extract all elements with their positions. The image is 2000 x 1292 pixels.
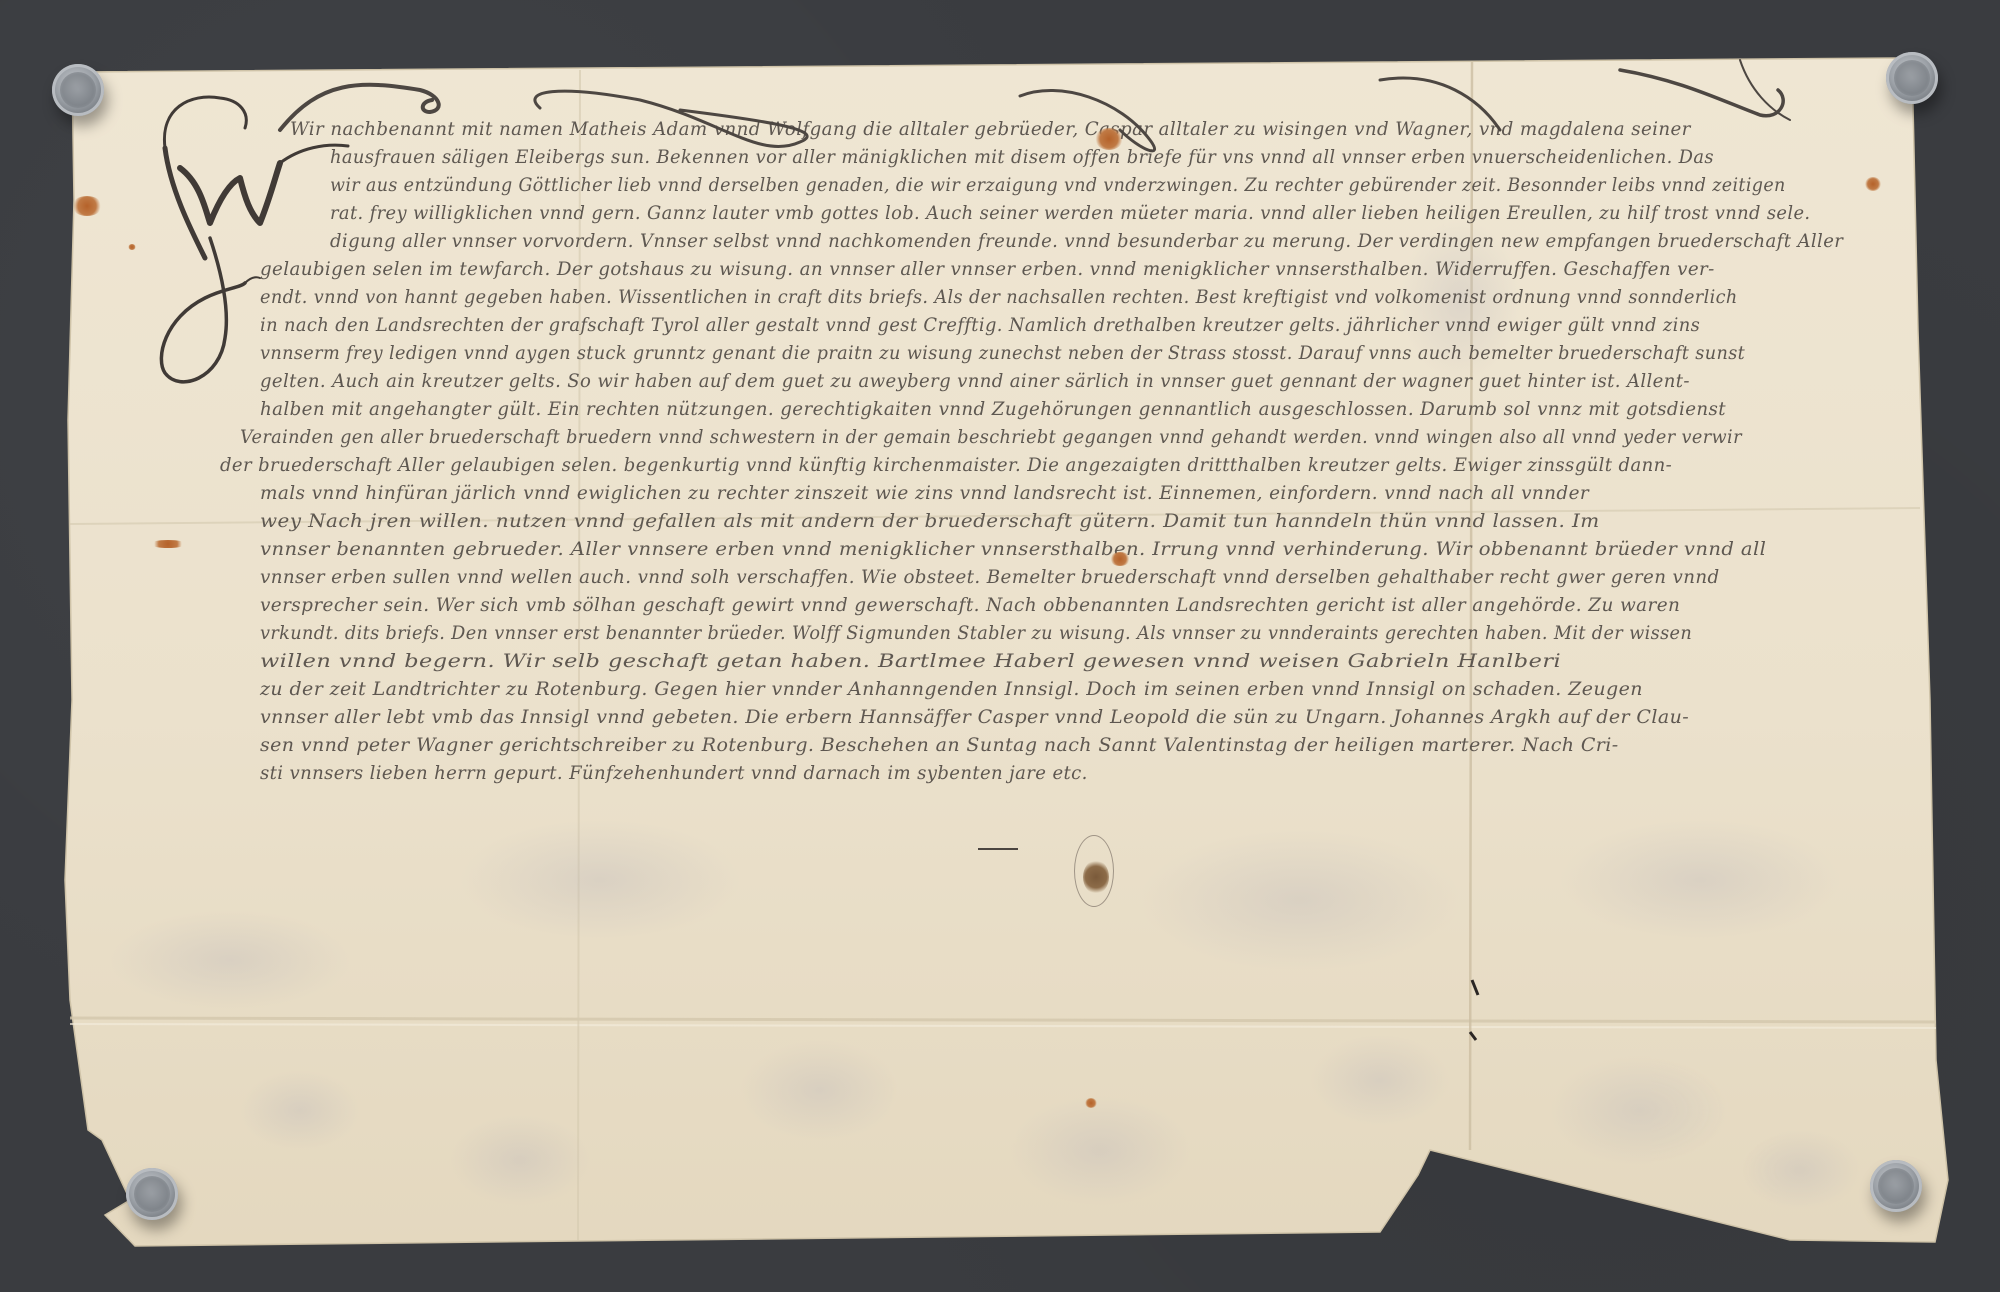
text-line: willen vnnd begern. Wir selb geschaft ge…: [260, 650, 1561, 672]
wax-seal-remnant: [1083, 860, 1109, 894]
text-line: wir aus entzündung Göttlicher lieb vnnd …: [330, 174, 1786, 196]
magnet-bottom-left: [126, 1168, 178, 1220]
text-line: Verainden gen aller bruederschaft bruede…: [240, 426, 1742, 448]
text-line: vrkundt. dits briefs. Den vnnser erst be…: [260, 622, 1692, 644]
magnet-top-right: [1886, 52, 1938, 104]
text-line: in nach den Landsrechten der grafschaft …: [260, 314, 1700, 336]
magnet-top-left: [52, 64, 104, 116]
text-line: endt. vnnd von hannt gegeben haben. Wiss…: [260, 286, 1738, 308]
text-line: vnnser aller lebt vmb das Innsigl vnnd g…: [260, 706, 1689, 728]
text-line: halben mit angehangter gült. Ein rechten…: [260, 398, 1726, 420]
text-line: Wir nachbenannt mit namen Matheis Adam v…: [290, 118, 1691, 140]
rust-stain: [1095, 128, 1123, 150]
text-line: versprecher sein. Wer sich vmb sölhan ge…: [260, 594, 1680, 616]
rust-stain: [1085, 1098, 1097, 1108]
text-line: gelten. Auch ain kreutzer gelts. So wir …: [260, 370, 1690, 392]
rust-stain: [128, 244, 136, 250]
text-line: digung aller vnnser vorvordern. Vnnser s…: [330, 230, 1843, 252]
text-line: vnnser benannten gebrueder. Aller vnnser…: [260, 538, 1766, 560]
text-line: zu der zeit Landtrichter zu Rotenburg. G…: [260, 678, 1643, 700]
rust-stain: [150, 540, 186, 548]
text-line: hausfrauen säligen Eleibergs sun. Bekenn…: [330, 146, 1714, 168]
manuscript-photo: Wir nachbenannt mit namen Matheis Adam v…: [0, 0, 2000, 1292]
text-line: sen vnnd peter Wagner gerichtschreiber z…: [260, 734, 1619, 756]
text-line: der bruederschaft Aller gelaubigen selen…: [220, 454, 1672, 476]
text-line: vnnser erben sullen vnnd wellen auch. vn…: [260, 566, 1720, 588]
text-line: rat. frey willigklichen vnnd gern. Gannz…: [330, 202, 1810, 224]
magnet-bottom-right: [1870, 1160, 1922, 1212]
rust-stain: [1865, 177, 1881, 191]
text-line: sti vnnsers lieben herrn gepurt. Fünfzeh…: [260, 762, 1088, 784]
closing-dash-mark: [978, 848, 1018, 850]
text-line: mals vnnd hinfüran järlich vnnd ewiglich…: [260, 482, 1589, 504]
rust-stain: [72, 196, 102, 216]
text-line: gelaubigen selen im tewfarch. Der gotsha…: [260, 258, 1715, 280]
rust-stain: [1110, 552, 1130, 566]
text-line: vnnserm frey ledigen vnnd aygen stuck gr…: [260, 342, 1745, 364]
text-line: wey Nach jren willen. nutzen vnnd gefall…: [260, 510, 1600, 532]
